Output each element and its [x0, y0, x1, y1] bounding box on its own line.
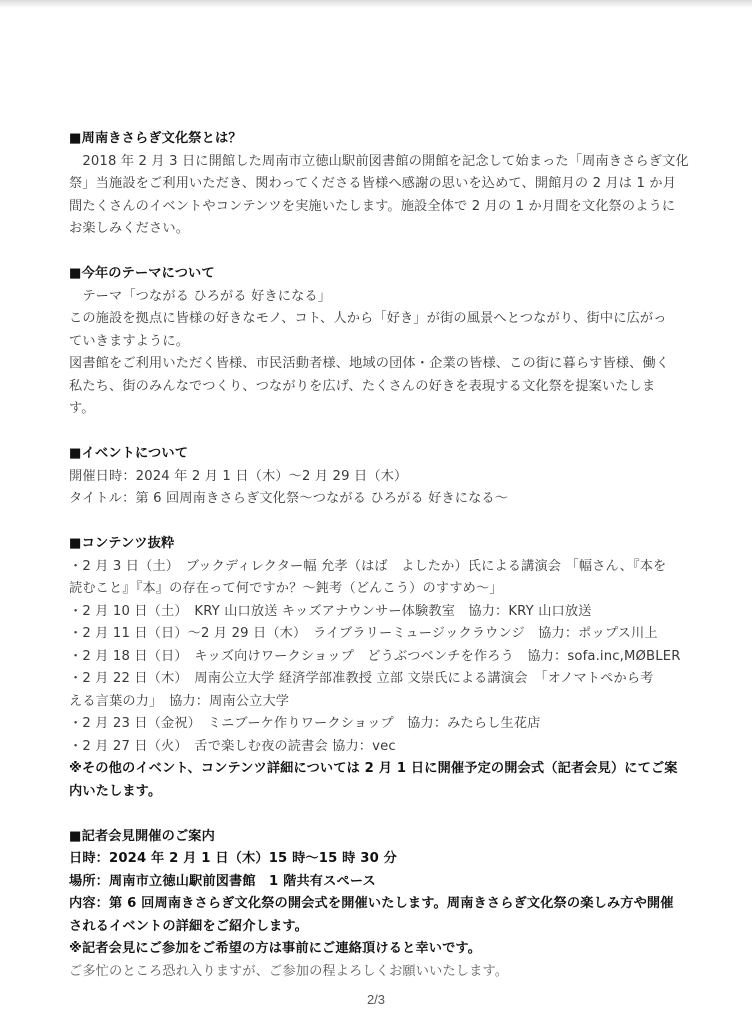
section-heading-theme: ■今年のテーマについて: [69, 263, 689, 286]
section-press-conference: ■記者会見開催のご案内 日時：2024 年 2 月 1 日（木）15 時～15 …: [69, 826, 689, 984]
event-dates: 開催日時：2024 年 2 月 1 日（木）～2 月 29 日（木）: [69, 466, 689, 489]
content-list-item: ・2 月 18 日（日） キッズ向けワークショップ どうぶつベンチを作ろう 協力…: [69, 646, 689, 669]
spacer: [69, 803, 689, 826]
section-heading-press: ■記者会見開催のご案内: [69, 826, 689, 849]
page-number: 2/3: [0, 992, 752, 1007]
press-content: 内容：第 6 回周南きさらぎ文化祭の開会式を開催いたします。周南きさらぎ文化祭の…: [69, 893, 689, 916]
paragraph-line: この施設を拠点に皆様の好きなモノ、コト、人から「好き」が街の風景へとつながり、街…: [69, 308, 689, 331]
paragraph-line: 祭」当施設をご利用いただき、関わってくださる皆様へ感謝の思いを込めて、開館月の …: [69, 173, 689, 196]
content-list-item-continued: える言葉の力」 協力：周南公立大学: [69, 691, 689, 714]
spacer: [69, 511, 689, 534]
event-title: タイトル：第 6 回周南きさらぎ文化祭～つながる ひろがる 好きになる～: [69, 488, 689, 511]
contents-note-continued: 内いたします。: [69, 781, 689, 804]
paragraph-line: 私たち、街のみんなでつくり、つながりを広げ、たくさんの好きを表現する文化祭を提案…: [69, 376, 689, 399]
section-about: ■周南きさらぎ文化祭とは？ 2018 年 2 月 3 日に開館した周南市立徳山駅…: [69, 128, 689, 241]
section-contents: ■コンテンツ抜粋 ・2 月 3 日（土） ブックディレクター幅 允孝（はば よし…: [69, 533, 689, 803]
spacer: [69, 241, 689, 264]
content-list-item: ・2 月 22 日（木） 周南公立大学 経済学部准教授 立部 文崇氏による講演会…: [69, 668, 689, 691]
content-list-item: ・2 月 11 日（日）～2 月 29 日（木） ライブラリーミュージックラウン…: [69, 623, 689, 646]
content-list-item: ・2 月 27 日（火） 舌で楽しむ夜の読書会 協力：vec: [69, 736, 689, 759]
content-list-item: ・2 月 10 日（土） KRY 山口放送 キッズアナウンサー体験教室 協力：K…: [69, 601, 689, 624]
section-heading-event: ■イベントについて: [69, 443, 689, 466]
press-closing: ご多忙のところ恐れ入りますが、ご参加の程よろしくお願いいたします。: [69, 961, 689, 984]
press-content-continued: されるイベントの詳細をご紹介します。: [69, 916, 689, 939]
paragraph-line: ていきますように。: [69, 331, 689, 354]
viewer-top-shadow: [0, 0, 752, 8]
paragraph-line: 間たくさんのイベントやコンテンツを実施いたします。施設全体で 2 月の 1 か月…: [69, 196, 689, 219]
press-location: 場所：周南市立徳山駅前図書館 1 階共有スペース: [69, 871, 689, 894]
content-list-item-continued: 読むこと』『本』の存在って何ですか？～鈍考（どんこう）のすすめ～」: [69, 578, 689, 601]
paragraph-line: 図書館をご利用いただく皆様、市民活動者様、地域の団体・企業の皆様、この街に暮らす…: [69, 353, 689, 376]
press-note: ※記者会見にご参加をご希望の方は事前にご連絡頂けると幸いです。: [69, 938, 689, 961]
section-theme: ■今年のテーマについて テーマ「つながる ひろがる 好きになる」 この施設を拠点…: [69, 263, 689, 421]
spacer: [69, 421, 689, 444]
paragraph-line: す。: [69, 398, 689, 421]
section-heading-about: ■周南きさらぎ文化祭とは？: [69, 128, 689, 151]
paragraph-line: 2018 年 2 月 3 日に開館した周南市立徳山駅前図書館の開館を記念して始ま…: [69, 151, 689, 174]
paragraph-line: テーマ「つながる ひろがる 好きになる」: [69, 286, 689, 309]
content-list-item: ・2 月 23 日（金祝） ミニブーケ作りワークショップ 協力：みたらし生花店: [69, 713, 689, 736]
content-list-item: ・2 月 3 日（土） ブックディレクター幅 允孝（はば よしたか）氏による講演…: [69, 556, 689, 579]
section-heading-contents: ■コンテンツ抜粋: [69, 533, 689, 556]
paragraph-line: お楽しみください。: [69, 218, 689, 241]
contents-note: ※その他のイベント、コンテンツ詳細については 2 月 1 日に開催予定の開会式（…: [69, 758, 689, 781]
section-event: ■イベントについて 開催日時：2024 年 2 月 1 日（木）～2 月 29 …: [69, 443, 689, 511]
press-datetime: 日時：2024 年 2 月 1 日（木）15 時～15 時 30 分: [69, 848, 689, 871]
document-page: ■周南きさらぎ文化祭とは？ 2018 年 2 月 3 日に開館した周南市立徳山駅…: [69, 128, 689, 983]
